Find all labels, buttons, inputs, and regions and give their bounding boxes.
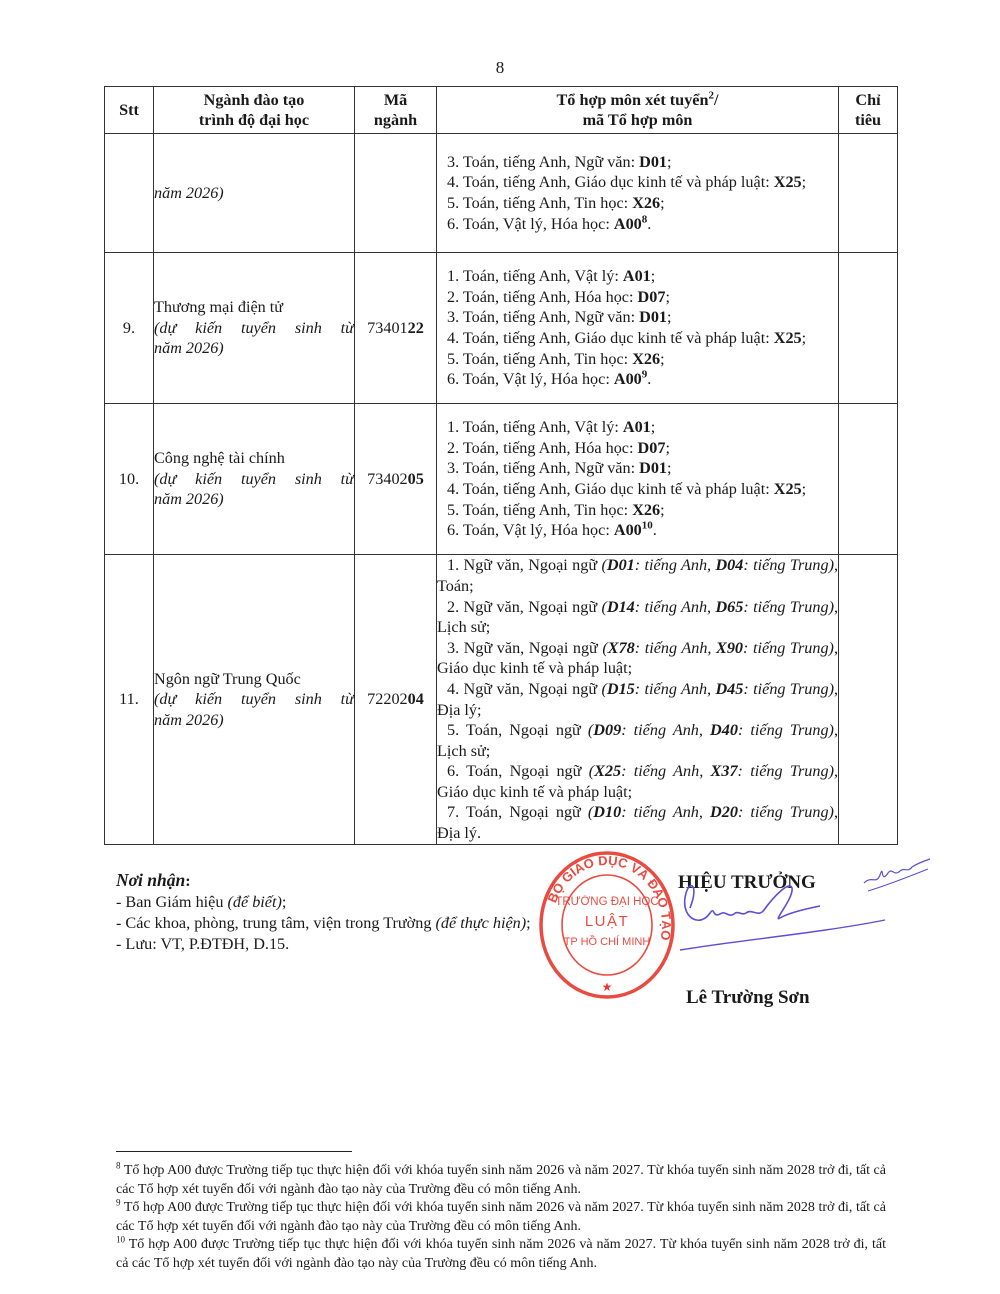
cell-major: Thương mại điện tử(dự kiến tuyển sinh từ… — [154, 253, 355, 404]
footnote-ref: 8 — [642, 213, 648, 225]
footnote-mark: 8 — [116, 1160, 121, 1170]
combo-item: 6. Toán, Vật lý, Hóa học: A008. — [437, 214, 838, 235]
footnote-mark: 9 — [116, 1198, 121, 1208]
cell-combos: 1. Toán, tiếng Anh, Vật lý: A01;2. Toán,… — [437, 253, 839, 404]
combo-code: X26 — [632, 194, 660, 212]
combo-code: X26 — [632, 350, 660, 368]
major-note-line2: năm 2026) — [154, 339, 224, 357]
signer-name: Lê Trường Sơn — [686, 987, 810, 1009]
combo-item: 5. Toán, tiếng Anh, Tin học: X26; — [437, 193, 838, 214]
combo-code: D20 — [710, 803, 738, 821]
major-note-line1: (dự kiến tuyển sinh từ — [154, 689, 354, 710]
table-header-row: Stt Ngành đào tạo trình độ đại học Mã ng… — [105, 87, 898, 134]
combo-code: A00 — [614, 370, 642, 388]
svg-text:★: ★ — [602, 980, 613, 994]
major-note: (dự kiến tuyển sinh từnăm 2026) — [154, 689, 354, 730]
combo-item: 2. Ngữ văn, Ngoại ngữ (D14: tiếng Anh, D… — [437, 597, 838, 638]
school-seal-stamp: BỘ GIÁO DỤC VÀ ĐÀO TẠO TRƯỜNG ĐẠI HỌC LU… — [537, 845, 677, 1003]
table-row: 11.Ngôn ngữ Trung Quốc(dự kiến tuyển sin… — [105, 555, 898, 845]
cell-quota — [839, 253, 898, 404]
combo-code: D09 — [593, 721, 621, 739]
code-suffix: 22 — [408, 319, 424, 337]
combo-code: X78 — [608, 639, 635, 657]
combo-item: 6. Toán, Vật lý, Hóa học: A0010. — [437, 520, 838, 541]
header-combo: Tổ hợp môn xét tuyển2/ mã Tổ hợp môn — [437, 87, 839, 134]
cell-quota — [839, 134, 898, 253]
combo-code: X25 — [774, 480, 802, 498]
header-stt: Stt — [105, 87, 154, 134]
combo-code: D01 — [639, 153, 667, 171]
header-major-line2: trình độ đại học — [154, 110, 354, 130]
combo-code: X37 — [711, 762, 738, 780]
combo-item: 3. Ngữ văn, Ngoại ngữ (X78: tiếng Anh, X… — [437, 638, 838, 679]
combo-item: 4. Toán, tiếng Anh, Giáo dục kinh tế và … — [437, 328, 838, 349]
header-code-line1: Mã — [355, 90, 436, 110]
combo-code: A00 — [614, 521, 642, 539]
major-name: Thương mại điện tử — [154, 297, 354, 318]
combo-code: X25 — [774, 329, 802, 347]
header-code: Mã ngành — [355, 87, 437, 134]
combo-code: D01 — [639, 459, 667, 477]
major-note-line2: năm 2026) — [154, 490, 224, 508]
cell-major: Ngôn ngữ Trung Quốc(dự kiến tuyển sinh t… — [154, 555, 355, 845]
combo-item: 4. Toán, tiếng Anh, Giáo dục kinh tế và … — [437, 172, 838, 193]
initial-signature — [862, 855, 932, 895]
header-combo-line2: mã Tổ hợp môn — [437, 110, 838, 130]
combo-code: D40 — [710, 721, 738, 739]
cell-major-code: 7340205 — [355, 404, 437, 555]
combo-code: X25 — [594, 762, 621, 780]
combo-item: 5. Toán, tiếng Anh, Tin học: X26; — [437, 349, 838, 370]
recipient-item: - Các khoa, phòng, trung tâm, viện trong… — [116, 913, 531, 934]
combo-item: 2. Toán, tiếng Anh, Hóa học: D07; — [437, 438, 838, 459]
combo-code: X90 — [716, 639, 743, 657]
language-options: (D09: tiếng Anh, D40: tiếng Trung) — [588, 721, 834, 739]
combo-item: 3. Toán, tiếng Anh, Ngữ văn: D01; — [437, 152, 838, 173]
footnote-ref: 9 — [642, 369, 648, 381]
language-options: (D10: tiếng Anh, D20: tiếng Trung) — [588, 803, 834, 821]
recipients-colon: : — [185, 872, 190, 890]
major-note: (dự kiến tuyển sinh từnăm 2026) — [154, 469, 354, 510]
combo-code: D15 — [607, 680, 635, 698]
header-quota-line2: tiêu — [839, 110, 897, 130]
recipient-note: (để biết) — [228, 893, 282, 911]
cell-combos: 1. Ngữ văn, Ngoại ngữ (D01: tiếng Anh, D… — [437, 555, 839, 845]
combo-item: 6. Toán, Vật lý, Hóa học: A009. — [437, 369, 838, 390]
recipients-title: Nơi nhận — [116, 870, 185, 890]
cell-stt: 10. — [105, 404, 154, 555]
footnote: 9 Tổ hợp A00 được Trường tiếp tục thực h… — [116, 1199, 886, 1236]
combo-item: 4. Toán, tiếng Anh, Giáo dục kinh tế và … — [437, 479, 838, 500]
combo-code: X26 — [632, 501, 660, 519]
header-combo-text: Tổ hợp môn xét tuyển — [557, 91, 709, 109]
cell-stt: 11. — [105, 555, 154, 845]
language-options: (D01: tiếng Anh, D04: tiếng Trung) — [602, 556, 834, 574]
combo-code: D07 — [638, 288, 666, 306]
combo-item: 1. Ngữ văn, Ngoại ngữ (D01: tiếng Anh, D… — [437, 555, 838, 596]
language-options: (X78: tiếng Anh, X90: tiếng Trung) — [602, 639, 834, 657]
combo-code: A00 — [614, 215, 642, 233]
combo-code: X25 — [774, 173, 802, 191]
footnote: 10 Tổ hợp A00 được Trường tiếp tục thực … — [116, 1236, 886, 1273]
cell-major-code: 7340122 — [355, 253, 437, 404]
combo-item: 5. Toán, tiếng Anh, Tin học: X26; — [437, 500, 838, 521]
major-name: Công nghệ tài chính — [154, 448, 354, 469]
admissions-table: Stt Ngành đào tạo trình độ đại học Mã ng… — [104, 86, 898, 845]
header-combo-line1: Tổ hợp môn xét tuyển2/ — [437, 90, 838, 110]
code-suffix: 04 — [408, 690, 424, 708]
table-row: 10.Công nghệ tài chính(dự kiến tuyển sin… — [105, 404, 898, 555]
cell-combos: 3. Toán, tiếng Anh, Ngữ văn: D01;4. Toán… — [437, 134, 839, 253]
cell-code — [355, 134, 437, 253]
footnote-mark: 10 — [116, 1235, 125, 1245]
recipients-block: Nơi nhận: - Ban Giám hiệu (để biết);- Cá… — [116, 870, 531, 955]
header-quota: Chỉ tiêu — [839, 87, 898, 134]
cell-stt — [105, 134, 154, 253]
footnotes: 8 Tổ hợp A00 được Trường tiếp tục thực h… — [116, 1162, 886, 1274]
language-options: (D15: tiếng Anh, D45: tiếng Trung) — [602, 680, 834, 698]
language-options: (X25: tiếng Anh, X37: tiếng Trung) — [589, 762, 834, 780]
combo-item: 2. Toán, tiếng Anh, Hóa học: D07; — [437, 287, 838, 308]
combo-item: 1. Toán, tiếng Anh, Vật lý: A01; — [437, 266, 838, 287]
table-row: 9.Thương mại điện tử(dự kiến tuyển sinh … — [105, 253, 898, 404]
combo-code: D65 — [715, 598, 743, 616]
cell-quota — [839, 555, 898, 845]
combo-item: 7. Toán, Ngoại ngữ (D10: tiếng Anh, D20:… — [437, 802, 838, 843]
principal-signature — [680, 878, 890, 958]
header-major-line1: Ngành đào tạo — [154, 90, 354, 110]
svg-text:TRƯỜNG ĐẠI HỌC: TRƯỜNG ĐẠI HỌC — [555, 895, 658, 908]
major-name: Ngôn ngữ Trung Quốc — [154, 669, 354, 690]
cell-stt: 9. — [105, 253, 154, 404]
cell-major-continued: năm 2026) — [154, 134, 355, 253]
header-major: Ngành đào tạo trình độ đại học — [154, 87, 355, 134]
cell-quota — [839, 404, 898, 555]
combo-item: 1. Toán, tiếng Anh, Vật lý: A01; — [437, 417, 838, 438]
major-note-line1: (dự kiến tuyển sinh từ — [154, 469, 354, 490]
cell-combos: 1. Toán, tiếng Anh, Vật lý: A01;2. Toán,… — [437, 404, 839, 555]
combo-code: A01 — [623, 267, 651, 285]
combo-item: 5. Toán, Ngoại ngữ (D09: tiếng Anh, D40:… — [437, 720, 838, 761]
combo-code: D14 — [607, 598, 635, 616]
combo-code: D10 — [593, 803, 621, 821]
header-quota-line1: Chỉ — [839, 90, 897, 110]
footnote-separator — [116, 1151, 352, 1152]
code-suffix: 05 — [408, 470, 424, 488]
table-row-continuation: năm 2026) 3. Toán, tiếng Anh, Ngữ văn: D… — [105, 134, 898, 253]
combo-code: D01 — [639, 308, 667, 326]
combo-code: D07 — [638, 439, 666, 457]
recipient-note: (để thực hiện) — [435, 914, 526, 932]
recipient-item: - Ban Giám hiệu (để biết); — [116, 892, 531, 913]
combo-item: 3. Toán, tiếng Anh, Ngữ văn: D01; — [437, 458, 838, 479]
major-note: (dự kiến tuyển sinh từnăm 2026) — [154, 318, 354, 359]
page-number: 8 — [0, 58, 1000, 78]
combo-code: D04 — [715, 556, 743, 574]
cell-major-code: 7220204 — [355, 555, 437, 845]
combo-item: 3. Toán, tiếng Anh, Ngữ văn: D01; — [437, 307, 838, 328]
combo-code: D01 — [607, 556, 635, 574]
cell-major: Công nghệ tài chính(dự kiến tuyển sinh t… — [154, 404, 355, 555]
combo-item: 6. Toán, Ngoại ngữ (X25: tiếng Anh, X37:… — [437, 761, 838, 802]
recipient-item: - Lưu: VT, P.ĐTĐH, D.15. — [116, 934, 531, 955]
major-note-line1: (dự kiến tuyển sinh từ — [154, 318, 354, 339]
svg-text:LUẬT: LUẬT — [585, 913, 629, 930]
header-code-line2: ngành — [355, 110, 436, 130]
footnote: 8 Tổ hợp A00 được Trường tiếp tục thực h… — [116, 1162, 886, 1199]
language-options: (D14: tiếng Anh, D65: tiếng Trung) — [602, 598, 834, 616]
footnote-ref: 10 — [642, 520, 653, 532]
combo-item: 4. Ngữ văn, Ngoại ngữ (D15: tiếng Anh, D… — [437, 679, 838, 720]
svg-text:TP HỒ CHÍ MINH: TP HỒ CHÍ MINH — [564, 935, 651, 948]
combo-code: D45 — [715, 680, 743, 698]
major-note-line2: năm 2026) — [154, 711, 224, 729]
header-combo-slash: / — [714, 91, 719, 109]
combo-code: A01 — [623, 418, 651, 436]
